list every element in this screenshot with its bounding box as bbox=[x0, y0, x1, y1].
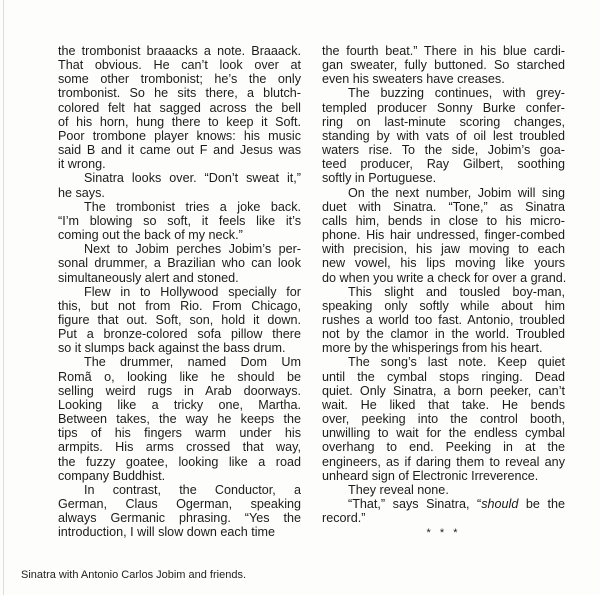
text-line: selling weird rugs in Arab doorways. bbox=[58, 384, 301, 398]
text-line: so it slumps back against the bass drum. bbox=[58, 341, 301, 355]
text-line: Sinatra looks over. “Don’t sweat it,” bbox=[58, 171, 301, 185]
text-line: Romã o, looking like he should be bbox=[58, 370, 301, 384]
text-line: They reveal none. bbox=[322, 483, 565, 497]
text-line: unheard sign of Electronic Irreverence. bbox=[322, 469, 565, 483]
text-line: some other trombonist; he’s the only bbox=[58, 72, 301, 86]
text-line: company Buddhist. bbox=[58, 469, 301, 483]
text-line: it wrong. bbox=[58, 157, 301, 171]
text-line: engineers, as if daring them to reveal a… bbox=[322, 455, 565, 469]
text-line: “I’m blowing so soft, it feels like it’s bbox=[58, 214, 301, 228]
text-line: Put a bronze-colored sofa pillow there bbox=[58, 327, 301, 341]
closing-quote-paragraph: “That,” says Sinatra, “should be thereco… bbox=[322, 497, 565, 525]
text-line: coming out the back of my neck.” bbox=[58, 228, 301, 242]
text-line: The buzzing continues, with grey- bbox=[322, 86, 565, 100]
paragraph: The trombonist tries a joke back.“I’m bl… bbox=[58, 200, 301, 242]
paragraph: the fourth beat.” There in his blue card… bbox=[322, 44, 565, 86]
text-line: record.” bbox=[322, 511, 565, 525]
text-line: calls him, bends in close to his micro- bbox=[322, 214, 565, 228]
text-line: standing by with vats of oil lest troubl… bbox=[322, 129, 565, 143]
paragraph: The buzzing continues, with grey-templed… bbox=[322, 86, 565, 185]
paragraph: They reveal none. bbox=[322, 483, 565, 497]
paragraph: The drummer, named Dom UmRomã o, looking… bbox=[58, 355, 301, 482]
paragraph: the trombonist braaacks a note. Braaack.… bbox=[58, 44, 301, 171]
text-line: The trombonist tries a joke back. bbox=[58, 200, 301, 214]
text-line: Flew in to Hollywood specially for bbox=[58, 285, 301, 299]
text-line: phone. His hair undressed, finger-combed bbox=[322, 228, 565, 242]
left-text-column: the trombonist braaacks a note. Braaack.… bbox=[58, 44, 301, 539]
text-line: unwilling to wait for the endless cymbal bbox=[322, 426, 565, 440]
text-line: until the cymbal stops ringing. Dead bbox=[322, 370, 565, 384]
text-line: Poor trombone player knows: his music bbox=[58, 129, 301, 143]
text-line: with precision, his jaw moving to each bbox=[322, 242, 565, 256]
text-line: speaking only softly while about him bbox=[322, 299, 565, 313]
text-line: teed producer, Ray Gilbert, soothing bbox=[322, 157, 565, 171]
text-line: the fuzzy goatee, looking like a road bbox=[58, 455, 301, 469]
text-line: introduction, I will slow down each time bbox=[58, 525, 301, 539]
text-line: waters rise. To the side, Jobim’s goa- bbox=[322, 143, 565, 157]
text-line: he says. bbox=[58, 186, 301, 200]
text-line: of his horn, hung there to keep it Soft. bbox=[58, 115, 301, 129]
text-line: This slight and tousled boy-man, bbox=[322, 285, 565, 299]
text-line: the fourth beat.” There in his blue card… bbox=[322, 44, 565, 58]
paragraph: On the next number, Jobim will singduet … bbox=[322, 186, 565, 285]
text-line: over, peeking into the control booth, bbox=[322, 412, 565, 426]
text-line: tips of his fingers warm under his bbox=[58, 426, 301, 440]
right-text-column: the fourth beat.” There in his blue card… bbox=[322, 44, 565, 540]
text-line: The drummer, named Dom Um bbox=[58, 355, 301, 369]
photo-caption: Sinatra with Antonio Carlos Jobim and fr… bbox=[21, 569, 246, 581]
text-line: quiet. Only Sinatra, a born peeker, can’… bbox=[322, 384, 565, 398]
text-line: German, Claus Ogerman, speaking bbox=[58, 497, 301, 511]
paragraph: The song’s last note. Keep quietuntil th… bbox=[322, 355, 565, 482]
text-line: this, but not from Rio. From Chicago, bbox=[58, 299, 301, 313]
text-line: simultaneously alert and stoned. bbox=[58, 271, 301, 285]
text-line: not by the clamor in the world. Troubled bbox=[322, 327, 565, 341]
text-line: duet with Sinatra. “Tone,” as Sinatra bbox=[322, 200, 565, 214]
text-line: That obvious. He can’t look over at bbox=[58, 58, 301, 72]
text-line: overhang to end. Peeking in at the bbox=[322, 440, 565, 454]
text-line: do when you write a check for over a gra… bbox=[322, 271, 565, 285]
text-line: new vowel, his lips moving like yours bbox=[322, 256, 565, 270]
text-line: sonal drummer, a Brazilian who can look bbox=[58, 256, 301, 270]
section-break-asterisks: * * * bbox=[322, 526, 565, 540]
text-line: even his sweaters have creases. bbox=[322, 72, 565, 86]
text-line: Looking like a tricky one, Martha. bbox=[58, 398, 301, 412]
paragraph: This slight and tousled boy-man,speaking… bbox=[322, 285, 565, 356]
paragraph: In contrast, the Conductor, aGerman, Cla… bbox=[58, 483, 301, 540]
emphasized-word: should bbox=[481, 497, 518, 511]
paragraph: Sinatra looks over. “Don’t sweat it,”he … bbox=[58, 171, 301, 199]
text-line: wait. He liked that take. He bends bbox=[322, 398, 565, 412]
page-edge-line bbox=[3, 0, 4, 595]
text-line: ring on last-minute scoring changes, bbox=[322, 115, 565, 129]
text-line: The song’s last note. Keep quiet bbox=[322, 355, 565, 369]
text-line: the trombonist braaacks a note. Braaack. bbox=[58, 44, 301, 58]
text-line: Next to Jobim perches Jobim’s per- bbox=[58, 242, 301, 256]
text-line: softly in Portuguese. bbox=[322, 171, 565, 185]
paragraph: Flew in to Hollywood specially forthis, … bbox=[58, 285, 301, 356]
text-line: colored felt hat sagged across the bell bbox=[58, 101, 301, 115]
text-line: templed producer Sonny Burke confer- bbox=[322, 101, 565, 115]
text-line: In contrast, the Conductor, a bbox=[58, 483, 301, 497]
text-line: Between takes, the way he keeps the bbox=[58, 412, 301, 426]
text-line: “That,” says Sinatra, “should be the bbox=[322, 497, 565, 511]
paragraph: Next to Jobim perches Jobim’s per-sonal … bbox=[58, 242, 301, 284]
text-line: armpits. His arms crossed that way, bbox=[58, 440, 301, 454]
text-line: rushes a world too fast. Antonio, troubl… bbox=[322, 313, 565, 327]
text-line: more by the whisperings from his heart. bbox=[322, 341, 565, 355]
text-line: said B and it came out F and Jesus was bbox=[58, 143, 301, 157]
text-line: gan sweater, fully buttoned. So starched bbox=[322, 58, 565, 72]
text-line: figure that out. Soft, son, hold it down… bbox=[58, 313, 301, 327]
text-line: On the next number, Jobim will sing bbox=[322, 186, 565, 200]
text-line: always Germanic phrasing. “Yes the bbox=[58, 511, 301, 525]
text-line: trombonist. So he sits there, a blutch- bbox=[58, 86, 301, 100]
